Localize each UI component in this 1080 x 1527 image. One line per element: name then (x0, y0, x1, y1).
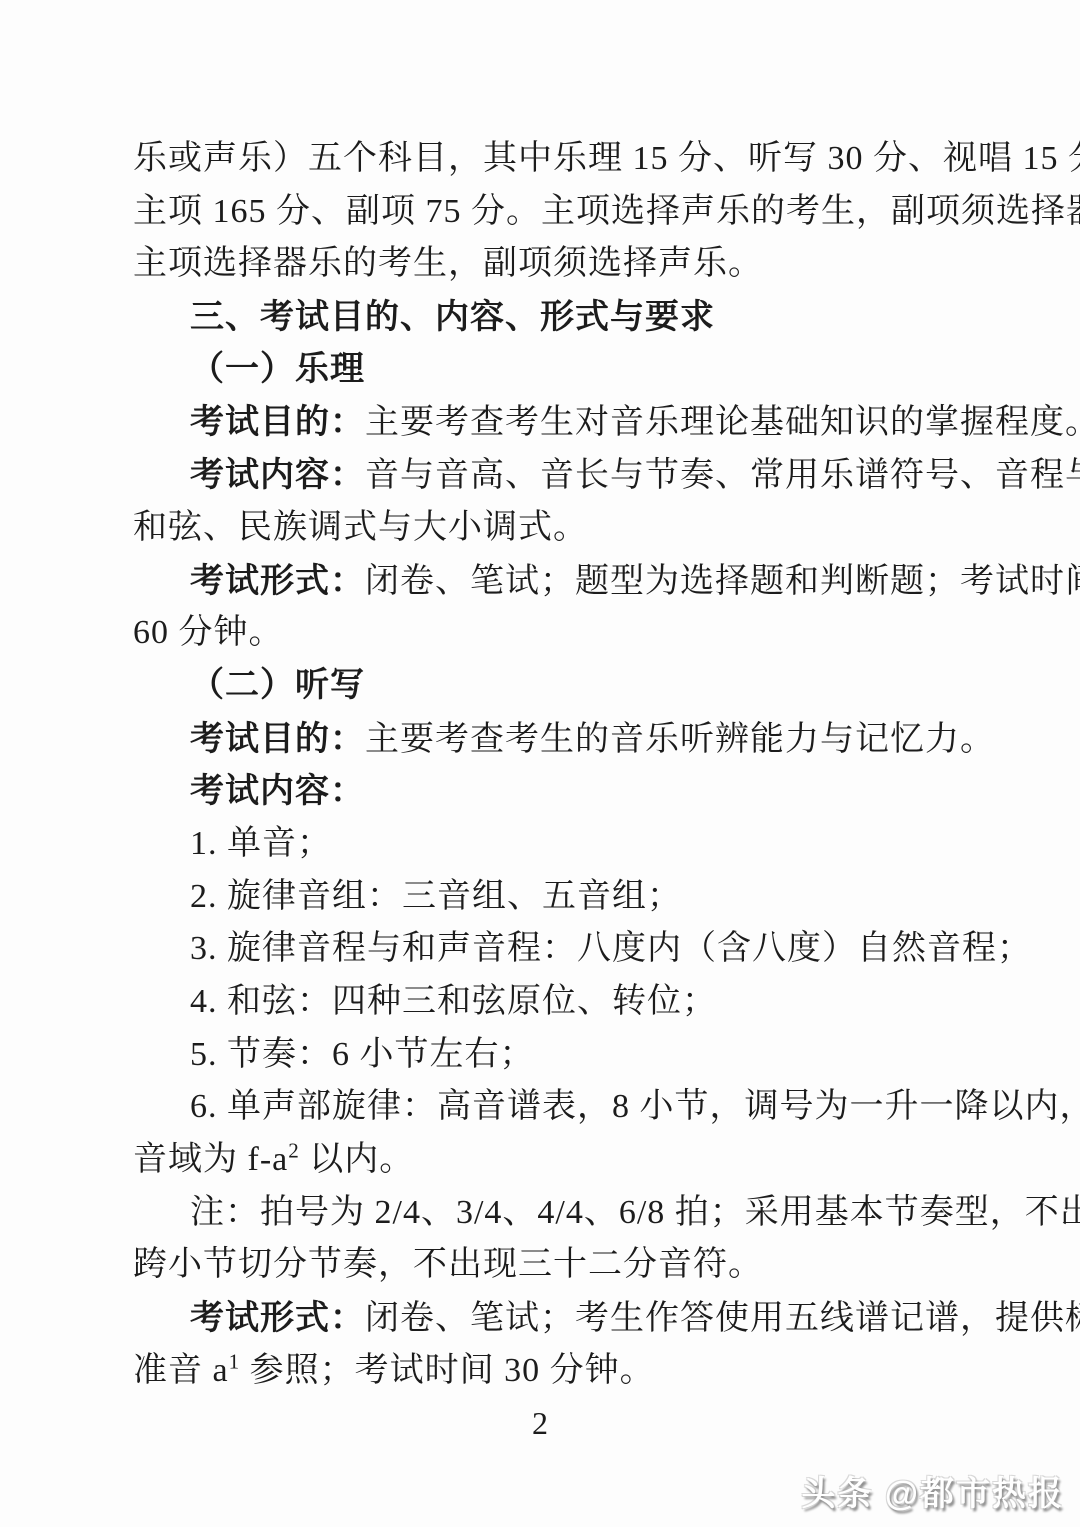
form-label: 考试形式： (190, 562, 365, 600)
form-text-post: 参照；考试时间 30 分钟。 (240, 1352, 655, 1389)
form-text-pre: 准音 a (133, 1352, 229, 1389)
subsection2-heading: （二）听写 (133, 660, 963, 713)
sub1-form-line-1: 考试形式：闭卷、笔试；题型为选择题和判断题；考试时间 (133, 555, 963, 608)
sub2-form-line-1: 考试形式：闭卷、笔试；考生作答使用五线谱记谱，提供标 (133, 1292, 963, 1345)
page-number: 2 (0, 1405, 1080, 1442)
list-item-4: 4. 和弦：四种三和弦原位、转位； (133, 976, 963, 1029)
sub2-form-line-2: 准音 a1 参照；考试时间 30 分钟。 (133, 1345, 963, 1398)
note-line-2: 跨小节切分节奏，不出现三十二分音符。 (133, 1239, 963, 1292)
note-line-1: 注：拍号为 2/4、3/4、4/4、6/8 拍；采用基本节奏型，不出现 (133, 1187, 963, 1240)
document-page: 乐或声乐）五个科目，其中乐理 15 分、听写 30 分、视唱 15 分、 主项 … (0, 0, 1080, 1527)
intro-line-2: 主项 165 分、副项 75 分。主项选择声乐的考生，副项须选择器乐； (133, 186, 963, 239)
intro-line-1: 乐或声乐）五个科目，其中乐理 15 分、听写 30 分、视唱 15 分、 (133, 133, 963, 186)
sub1-content-line-1: 考试内容：音与音高、音长与节奏、常用乐谱符号、音程与 (133, 449, 963, 502)
range-text-pre: 音域为 f-a (133, 1141, 288, 1178)
toutiao-watermark: 头条 @都市热报 (801, 1466, 1064, 1515)
sub2-content-label-line: 考试内容： (133, 765, 963, 818)
purpose-label: 考试目的： (190, 403, 365, 441)
range-text-post: 以内。 (300, 1141, 415, 1178)
purpose-text: 主要考查考生的音乐听辨能力与记忆力。 (365, 721, 995, 758)
list-item-6-line-2: 音域为 f-a2 以内。 (133, 1134, 963, 1187)
sub1-content-line-2: 和弦、民族调式与大小调式。 (133, 502, 963, 555)
form-text: 闭卷、笔试；题型为选择题和判断题；考试时间 (365, 563, 1080, 600)
list-item-5: 5. 节奏：6 小节左右； (133, 1029, 963, 1082)
form-label: 考试形式： (190, 1299, 365, 1337)
list-item-2: 2. 旋律音组：三音组、五音组； (133, 871, 963, 924)
intro-line-3: 主项选择器乐的考生，副项须选择声乐。 (133, 238, 963, 291)
form-text: 闭卷、笔试；考生作答使用五线谱记谱，提供标 (365, 1300, 1080, 1337)
document-body: 乐或声乐）五个科目，其中乐理 15 分、听写 30 分、视唱 15 分、 主项 … (133, 133, 963, 1398)
superscript-2: 2 (288, 1139, 300, 1163)
list-item-1: 1. 单音； (133, 818, 963, 871)
content-label: 考试内容： (190, 456, 365, 494)
content-text: 音与音高、音长与节奏、常用乐谱符号、音程与 (365, 457, 1080, 494)
subsection1-heading: （一）乐理 (133, 344, 963, 397)
content-label: 考试内容： (190, 772, 365, 810)
section-heading: 三、考试目的、内容、形式与要求 (133, 291, 963, 344)
superscript-1: 1 (229, 1349, 241, 1373)
list-item-3: 3. 旋律音程与和声音程：八度内（含八度）自然音程； (133, 923, 963, 976)
purpose-label: 考试目的： (190, 720, 365, 758)
sub2-purpose-line: 考试目的：主要考查考生的音乐听辨能力与记忆力。 (133, 713, 963, 766)
purpose-text: 主要考查考生对音乐理论基础知识的掌握程度。 (365, 404, 1080, 441)
list-item-6-line-1: 6. 单声部旋律：高音谱表，8 小节，调号为一升一降以内， (133, 1081, 963, 1134)
sub1-purpose-line: 考试目的：主要考查考生对音乐理论基础知识的掌握程度。 (133, 396, 963, 449)
sub1-form-line-2: 60 分钟。 (133, 607, 963, 660)
